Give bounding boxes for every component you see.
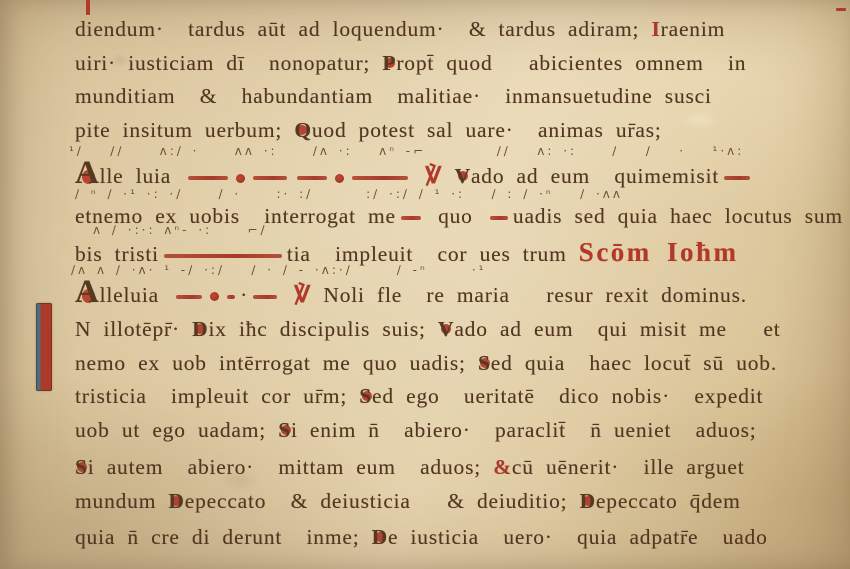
latin-text: lleluia [100,283,172,307]
manuscript-line-9: N illotēpr̄· Dix iħc discipulis suis; Va… [75,313,844,347]
rubricated-initial: S [278,414,291,448]
latin-text: · [240,283,248,307]
latin-text: lle luia [100,164,184,188]
latin-text: i autem abiero· mittam eum aduos; [88,455,493,479]
latin-text: cū uēnerit· ille arguet [512,455,745,479]
text-block: diendum· tardus aūt ad loquendum· & tard… [75,13,844,555]
manuscript-line-13: Si autem abiero· mittam eum aduos; &cū u… [75,451,844,485]
rubric-dot [236,174,245,183]
rubricated-initial: V [438,313,454,347]
melisma-line [401,216,421,220]
manuscript-page: diendum· tardus aūt ad loquendum· & tard… [0,0,850,569]
latin-text: uod potest sal uare· animas ur̄as; [312,118,674,142]
rubricated-initial: S [359,380,372,414]
illuminated-initial: A [75,276,100,310]
rubric-dot [210,292,219,301]
rubric-letter: I [651,17,660,41]
manuscript-line-11: tristicia impleuit cor ur̄m; Sed ego uer… [75,380,844,414]
latin-text: uiri· iusticiam dī nonopatur; [75,51,382,75]
neume-notation: ¹∕ ∕∕ ʌ:∕ · ʌʌ ·: ∕ʌ ·: ʌⁿ ‐⌐ ∕∕ ʌ: ·: ∕… [69,145,744,157]
melisma-line [164,254,282,258]
latin-text [413,164,425,188]
manuscript-line-4: pite insitum uerbum; Quod potest sal uar… [75,114,844,148]
latin-text: N illotēpr̄· [75,317,192,341]
melisma-line [188,176,228,180]
neume-notation: ʌ ∕ ·:·: ʌⁿ‐ ·: ⌐∕ [93,224,268,236]
latin-text: mundum [75,489,168,513]
manuscript-line-10: nemo ex uob intērrogat me quo uadis; Sed… [75,347,844,381]
rubricated-initial: Q [294,114,312,148]
rubric-letter: & [493,455,512,479]
manuscript-line-2: uiri· iusticiam dī nonopatur; Propt̄ quo… [75,47,844,81]
melisma-line [227,295,235,299]
illuminated-initial: A [75,157,100,191]
latin-text: uadis sed quia haec locutus sum uo [513,204,850,228]
latin-text: ed quia haec locut̄ sū uob. [491,351,777,375]
latin-text: diendum· tardus aūt ad loquendum· & tard… [75,17,651,41]
manuscript-line-8: ∕ʌ ʌ ∕ ·ʌ· ¹ ‐∕ ·:∕ ∕ · ∕ ‐ ·ʌ:·∕ ∕ ‐ⁿ ·… [75,276,844,310]
melisma-line [297,176,327,180]
rubricated-initial: P [382,47,396,81]
melisma-line [176,295,202,299]
melisma-line [253,295,277,299]
latin-text: nemo ex uob intērrogat me quo uadis; [75,351,478,375]
rubricated-initial: D [580,485,596,519]
manuscript-line-14: mundum Depeccato & deiusticia & deiuditi… [75,485,844,519]
rubricated-initial: S [478,347,491,381]
rubricated-initial: D [372,521,388,555]
latin-text: ix iħc discipulis suis; [208,317,438,341]
latin-text [282,283,294,307]
latin-text: uob ut ego uadam; [75,418,278,442]
latin-text: epeccato & deiusticia & deiuditio; [185,489,580,513]
melisma-line [253,176,287,180]
latin-text: epeccato q̄dem [596,489,741,513]
manuscript-line-3: munditiam & habundantiam malitiae· inman… [75,80,844,114]
latin-text: N [323,283,339,307]
rubricated-initial: D [168,485,184,519]
melisma-line [490,216,508,220]
latin-text: e iusticia uero· quia adpatr̄e uado [388,525,768,549]
latin-text: pite insitum uerbum; [75,118,294,142]
manuscript-line-5: ¹∕ ∕∕ ʌ:∕ · ʌʌ ·: ∕ʌ ·: ʌⁿ ‐⌐ ∕∕ ʌ: ·: ∕… [75,157,844,191]
latin-text: tristicia impleuit cor ur̄m; [75,384,359,408]
illuminated-marginal-initial-I [36,303,52,391]
latin-text: ado ad eum quimemisit [471,164,719,188]
latin-text: ed ego ueritatē dico nobis· expedit [372,384,763,408]
rubric-edge-mark [836,8,846,11]
latin-text: ropt̄ quod abicientes omnem in [396,51,746,75]
rubric-heading: Scōm Ioħm [579,237,739,267]
latin-text: i enim n̄ abiero· paraclit̄ n̄ ueniet ad… [291,418,757,442]
neume-notation: ∕ ⁿ ∕ ·¹ ·: ·∕ ∕ · :· :∕ :∕ ·:∕ ∕ ¹ ·: ∕… [75,188,623,200]
latin-text: oli fle re maria resur rexit dominus. [340,283,747,307]
versicle-mark-icon: ℣ [294,282,323,307]
melisma-line [724,176,750,180]
melisma-line [352,176,408,180]
latin-text: raenim [661,17,726,41]
rubricated-initial: D [192,313,208,347]
latin-text: quia n̄ cre di derunt inme; [75,525,372,549]
neume-notation: ∕ʌ ʌ ∕ ·ʌ· ¹ ‐∕ ·:∕ ∕ · ∕ ‐ ·ʌ:·∕ ∕ ‐ⁿ ·… [71,264,486,276]
rubricated-initial: S [75,451,88,485]
versicle-mark-icon: ℣ [426,163,455,188]
latin-text: munditiam & habundantiam malitiae· inman… [75,84,712,108]
latin-text: ado ad eum qui misit me et [454,317,780,341]
manuscript-line-15: quia n̄ cre di derunt inme; De iusticia … [75,521,844,555]
latin-text: quo [426,204,485,228]
manuscript-line-12: uob ut ego uadam; Si enim n̄ abiero· par… [75,414,844,448]
manuscript-line-1: diendum· tardus aūt ad loquendum· & tard… [75,13,844,47]
rubric-dot [335,174,344,183]
